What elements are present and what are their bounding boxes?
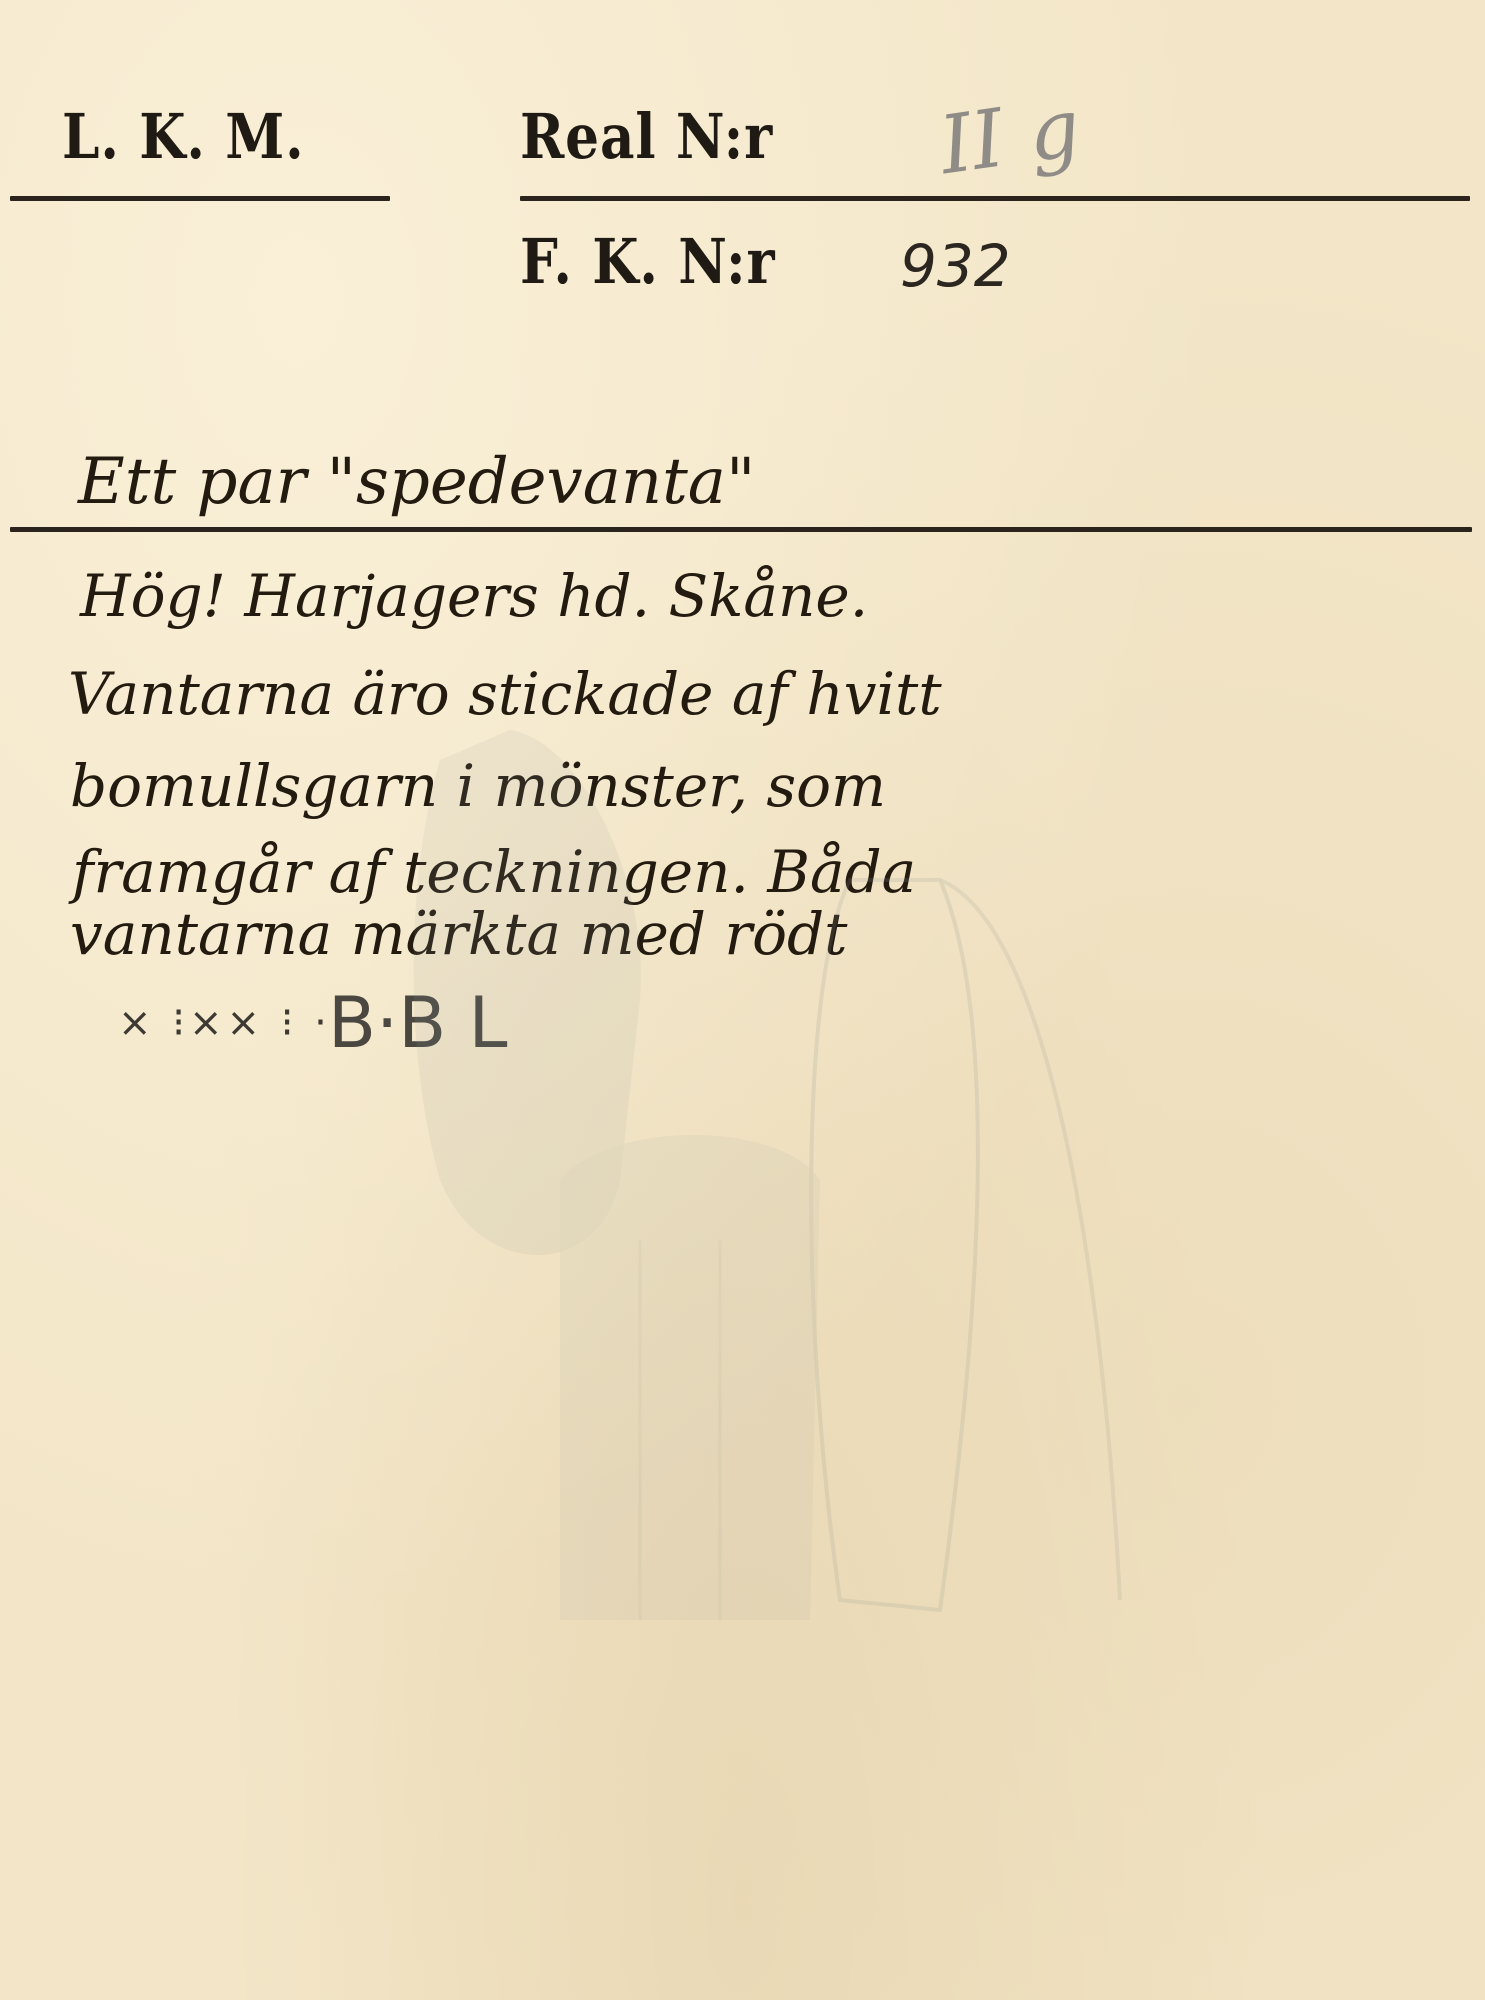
institution-rule xyxy=(10,196,390,201)
real-nr-label: Real N:r xyxy=(520,100,773,173)
bleed-through-mitten-drawing-icon xyxy=(380,620,1160,1720)
fk-nr-value: 932 xyxy=(900,232,1011,300)
cross-stitch-marks: × ⁝×× ⁝ · xyxy=(118,1000,331,1046)
real-nr-rule xyxy=(520,196,1470,201)
institution-label: L. K. M. xyxy=(62,100,305,173)
catalog-card: L. K. M. Real N:r II g F. K. N:r 932 Ett… xyxy=(0,0,1485,2000)
fk-nr-label: F. K. N:r xyxy=(520,225,775,298)
real-nr-value: II g xyxy=(934,81,1085,193)
object-title: Ett par "spedevanta" xyxy=(78,445,755,519)
title-rule xyxy=(10,527,1472,532)
